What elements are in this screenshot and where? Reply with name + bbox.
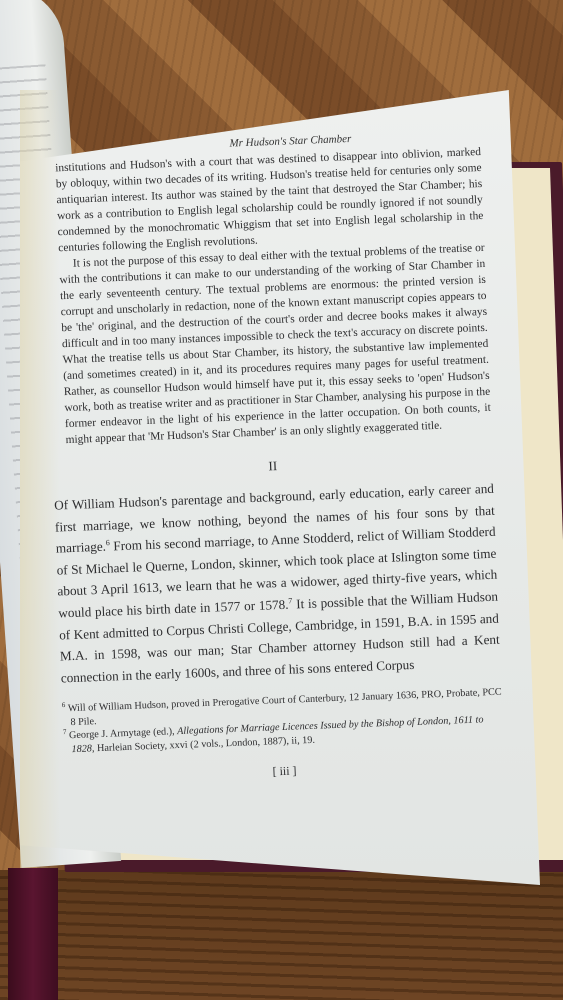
paragraph-1: institutions and Hudson's with a court t… — [55, 144, 484, 256]
paragraph-3: Of William Hudson's parentage and backgr… — [54, 478, 501, 689]
page-content: Mr Hudson's Star Chamber institutions an… — [40, 128, 504, 788]
section-number: II — [53, 450, 493, 483]
footnote-number: 6 — [62, 701, 66, 709]
bookmark-ribbon[interactable] — [8, 868, 58, 1000]
paragraph-2: It is not the purpose of this essay to d… — [59, 240, 492, 448]
wooden-table-surface — [0, 870, 563, 1000]
footnote-text-before: George J. Armytage (ed.), — [69, 726, 178, 741]
footnote-number: 7 — [63, 728, 67, 736]
footnotes: 6 Will of William Hudson, proved in Prer… — [62, 686, 504, 757]
